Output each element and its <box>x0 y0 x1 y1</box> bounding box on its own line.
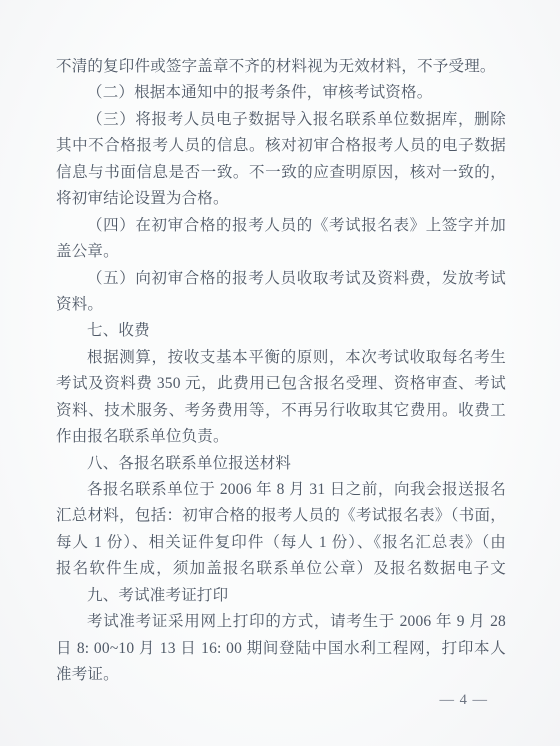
text-line: 盖公章。 <box>56 239 506 265</box>
text-line: 其中不合格报考人员的信息。核对初审合格报考人员的电子数据 <box>56 133 506 159</box>
text-line: （五）向初审合格的报考人员收取考试及资料费，发放考试 <box>56 266 506 292</box>
text-line: 准考证。 <box>56 662 506 688</box>
text-line: 将初审结论设置为合格。 <box>56 186 506 212</box>
text-line: 汇总材料，包括：初审合格的报考人员的《考试报名表》（书面， <box>56 503 506 529</box>
text-line: 九、考试准考证打印 <box>56 583 506 609</box>
text-line: （二）根据本通知中的报考条件，审核考试资格。 <box>56 80 506 106</box>
text-line: 资料、技术服务、考务费用等，不再另行收取其它费用。收费工 <box>56 398 506 424</box>
text-line: 报名软件生成，须加盖报名联系单位公章）及报名数据电子文件。 <box>56 556 506 582</box>
text-line: 根据测算，按收支基本平衡的原则，本次考试收取每名考生 <box>56 345 506 371</box>
text-line: 七、收费 <box>56 318 506 344</box>
page-number-label: — 4 — <box>440 692 489 708</box>
text-line: 每人 1 份）、相关证件复印件（每人 1 份）、《报名汇总表》（由 <box>56 530 506 556</box>
page-number: — 4 — <box>440 692 489 709</box>
text-line: 信息与书面信息是否一致。不一致的应查明原因，核对一致的， <box>56 160 506 186</box>
text-line: 日 8: 00~10 月 13 日 16: 00 期间登陆中国水利工程网，打印本… <box>56 636 506 662</box>
text-line: （三）将报考人员电子数据导入报名联系单位数据库，删除 <box>56 107 506 133</box>
text-line: 考试及资料费 350 元，此费用已包含报名受理、资格审查、考试 <box>56 371 506 397</box>
text-line: （四）在初审合格的报考人员的《考试报名表》上签字并加 <box>56 213 506 239</box>
text-line: 考试准考证采用网上打印的方式，请考生于 2006 年 9 月 28 <box>56 609 506 635</box>
document-body: 不清的复印件或签字盖章不齐的材料视为无效材料，不予受理。（二）根据本通知中的报考… <box>56 54 506 689</box>
text-line: 作由报名联系单位负责。 <box>56 424 506 450</box>
text-line: 各报名联系单位于 2006 年 8 月 31 日之前，向我会报送报名 <box>56 477 506 503</box>
text-line: 八、各报名联系单位报送材料 <box>56 451 506 477</box>
scanned-document-page: 不清的复印件或签字盖章不齐的材料视为无效材料，不予受理。（二）根据本通知中的报考… <box>0 0 560 746</box>
text-line: 不清的复印件或签字盖章不齐的材料视为无效材料，不予受理。 <box>56 54 506 80</box>
text-line: 资料。 <box>56 292 506 318</box>
